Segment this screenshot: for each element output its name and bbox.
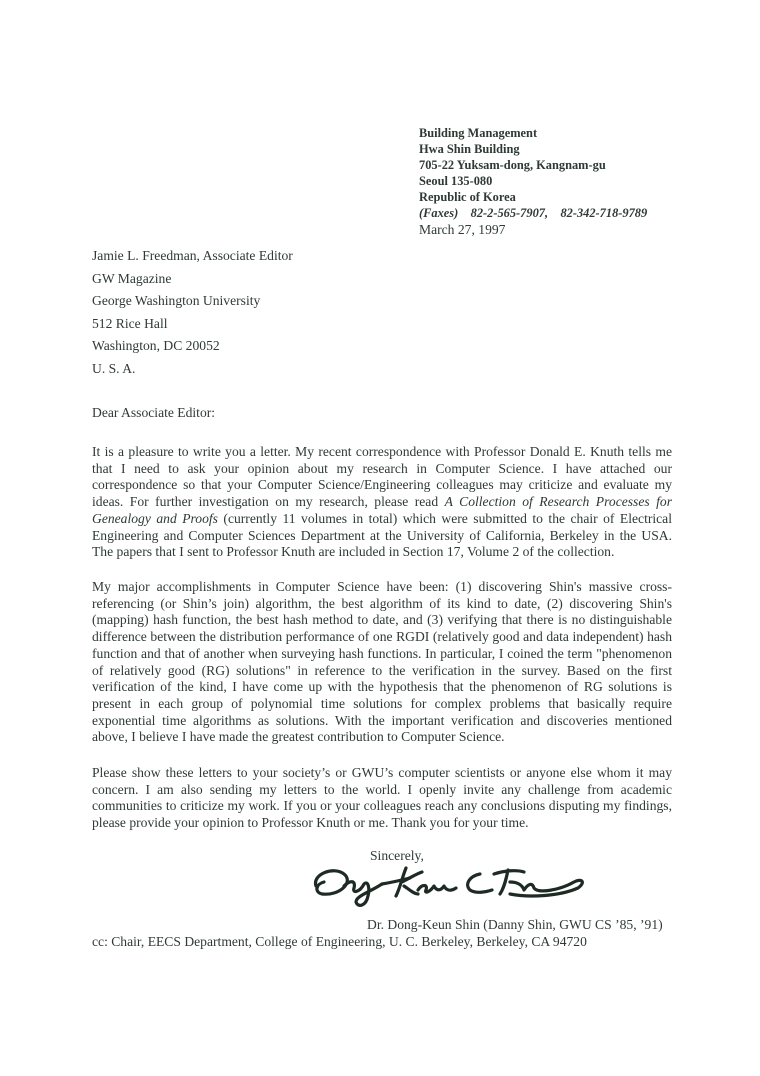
body-paragraph-1: It is a pleasure to write you a letter. … — [92, 444, 672, 561]
letterhead-line: Republic of Korea — [419, 189, 647, 205]
p2-text: My major accomplishments in Computer Sci… — [92, 579, 672, 746]
recipient-line: 512 Rice Hall — [92, 313, 293, 336]
fax-line: (Faxes) 82-2-565-7907, 82-342-718-9789 — [419, 205, 647, 221]
body-paragraph-3: Please show these letters to your societ… — [92, 765, 672, 832]
recipient-line: George Washington University — [92, 290, 293, 313]
letterhead-line: Hwa Shin Building — [419, 141, 647, 157]
fax-numbers: 82-2-565-7907, 82-342-718-9789 — [471, 206, 648, 220]
fax-label: (Faxes) — [419, 206, 458, 220]
recipient-address: Jamie L. Freedman, Associate Editor GW M… — [92, 245, 293, 381]
letterhead-line: Seoul 135-080 — [419, 173, 647, 189]
cc-line: cc: Chair, EECS Department, College of E… — [92, 934, 587, 950]
recipient-line: Washington, DC 20052 — [92, 335, 293, 358]
recipient-line: Jamie L. Freedman, Associate Editor — [92, 245, 293, 268]
p3-text: Please show these letters to your societ… — [92, 765, 672, 832]
recipient-line: U. S. A. — [92, 358, 293, 381]
letterhead-line: 705-22 Yuksam-dong, Kangnam-gu — [419, 157, 647, 173]
signature-icon — [310, 860, 590, 912]
body-paragraph-2: My major accomplishments in Computer Sci… — [92, 579, 672, 746]
recipient-line: GW Magazine — [92, 268, 293, 291]
signer-name: Dr. Dong-Keun Shin (Danny Shin, GWU CS ’… — [367, 917, 663, 933]
letterhead-line: Building Management — [419, 125, 647, 141]
letter-date: March 27, 1997 — [419, 222, 505, 238]
salutation: Dear Associate Editor: — [92, 405, 215, 421]
letterhead: Building Management Hwa Shin Building 70… — [419, 125, 647, 221]
